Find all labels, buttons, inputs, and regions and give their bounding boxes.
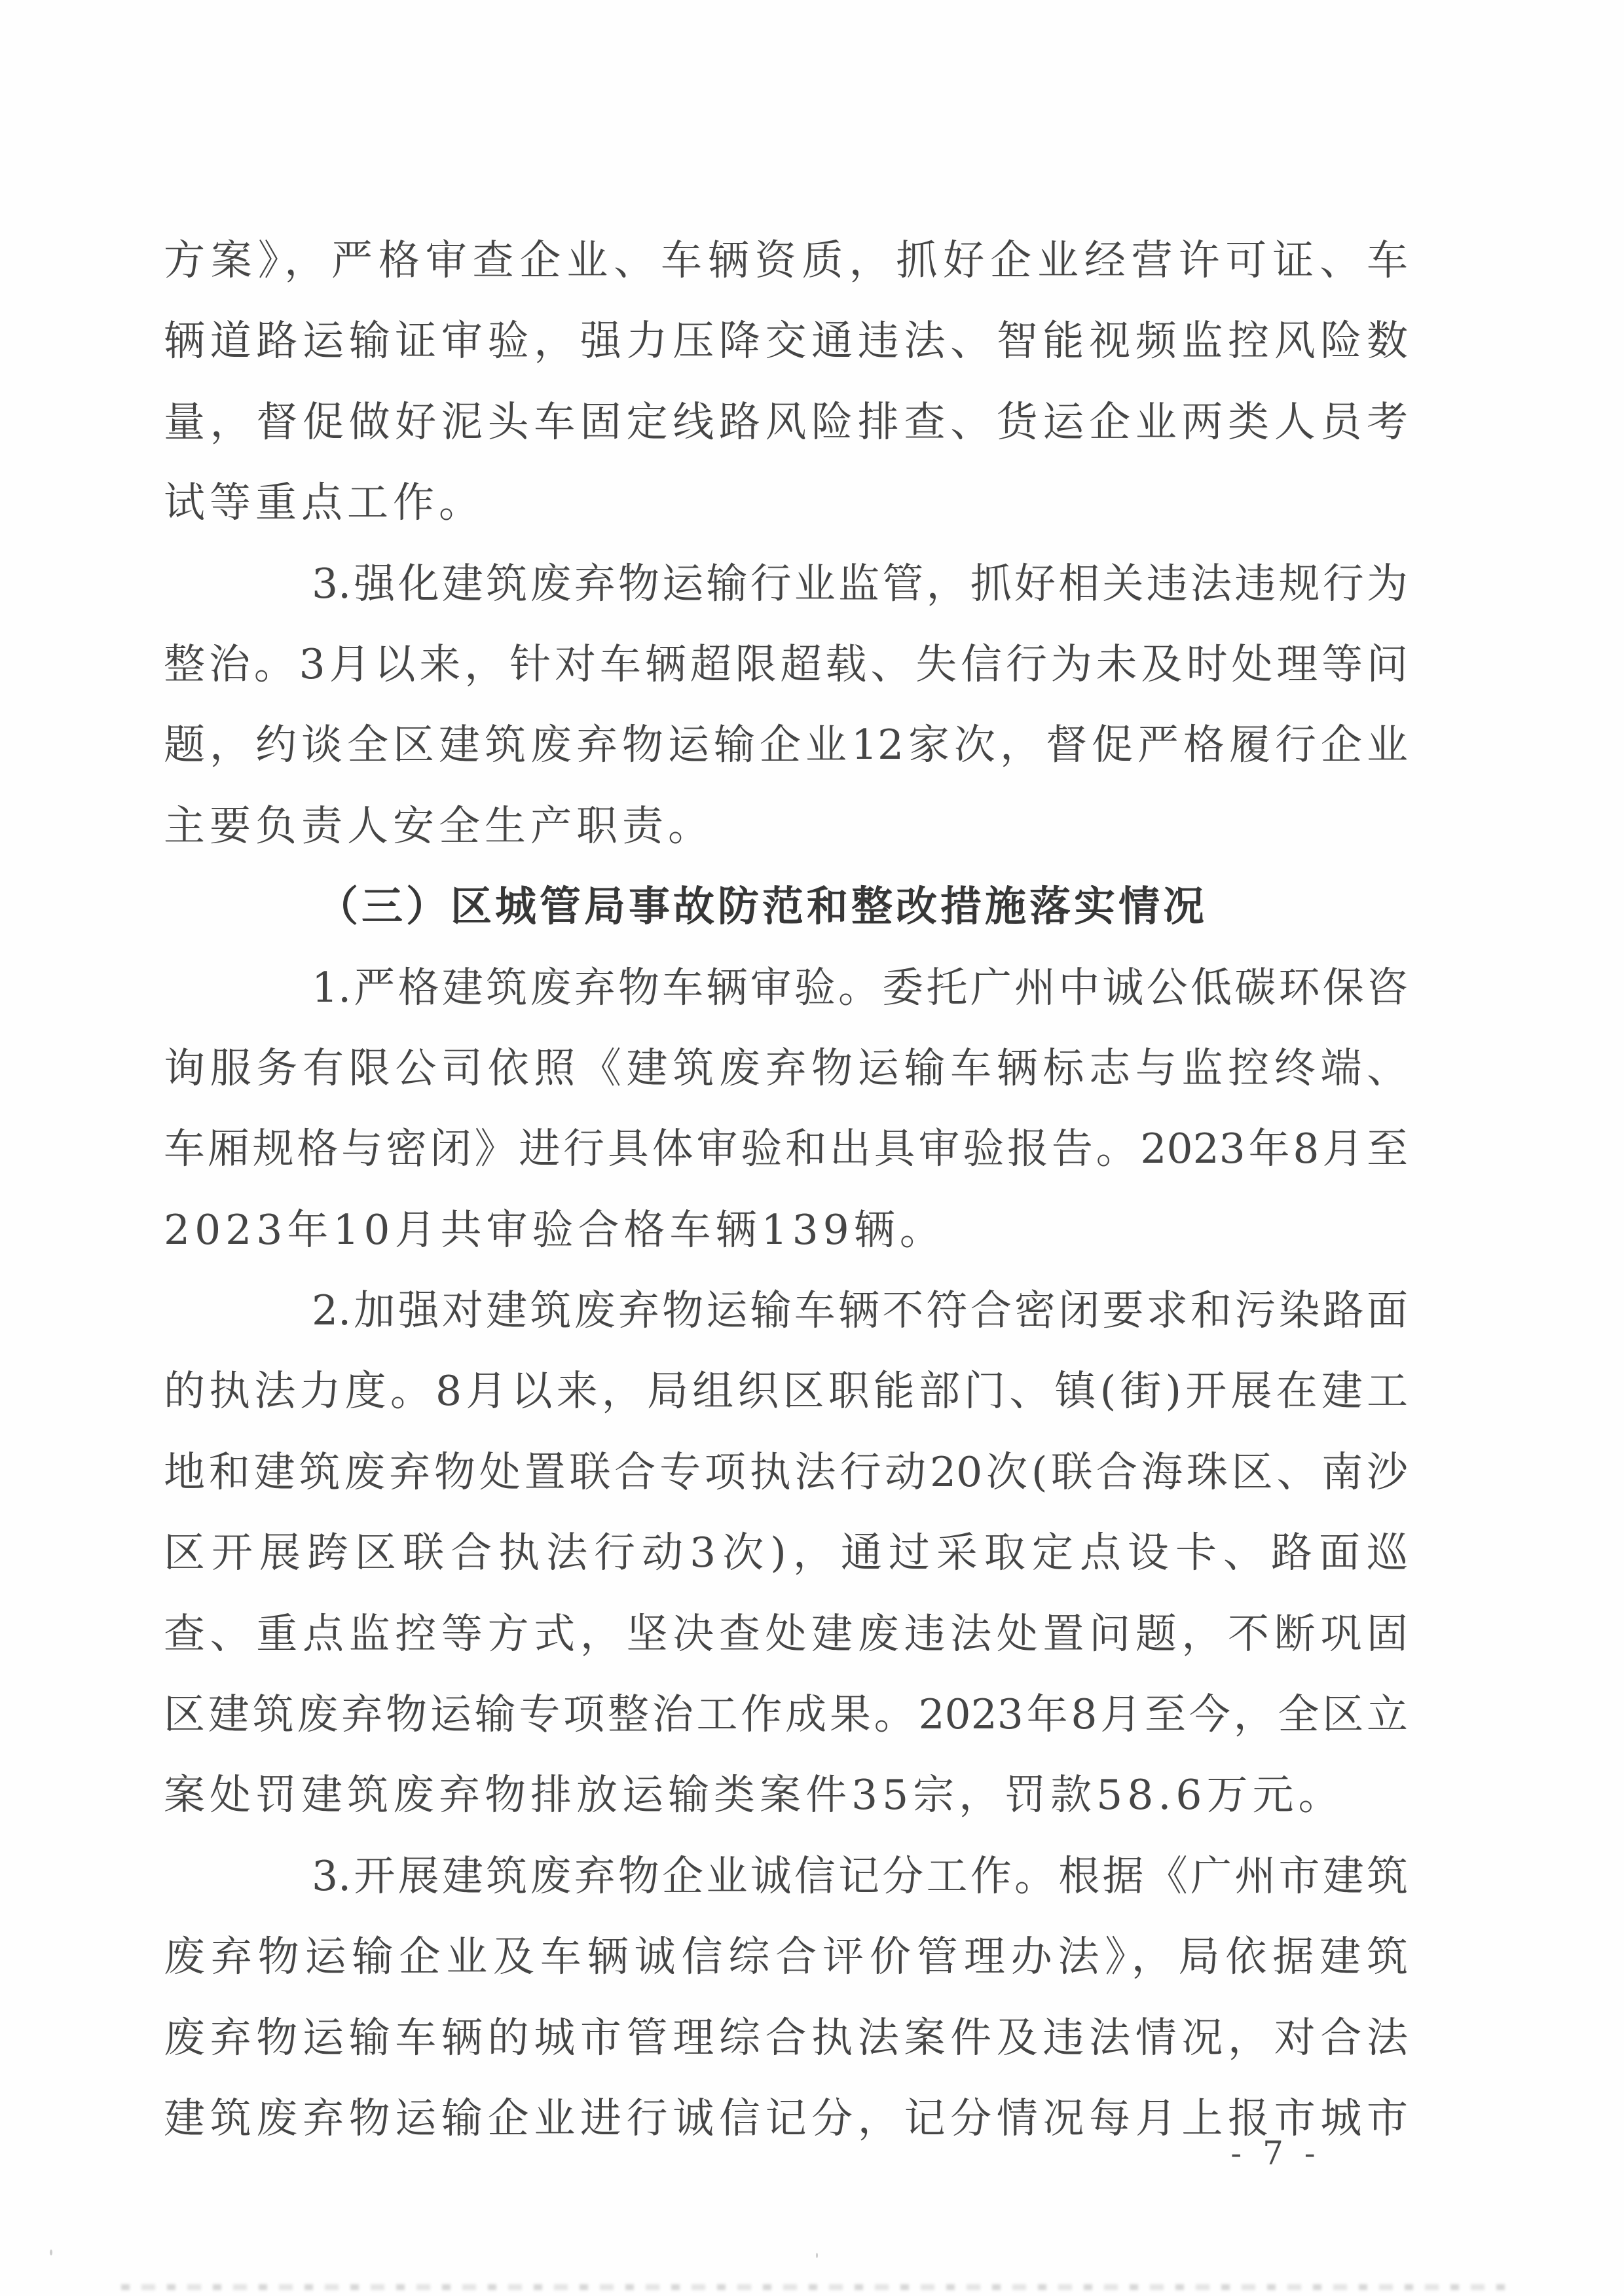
text-line: 2.加强对建筑废弃物运输车辆不符合密闭要求和污染路面 [164,1270,1408,1351]
text-line: 量，督促做好泥头车固定线路风险排查、货运企业两类人员考 [164,382,1408,462]
text-line: 题，约谈全区建筑废弃物运输企业12家次，督促严格履行企业 [164,704,1408,785]
document-page: 方案》，严格审查企业、车辆资质，抓好企业经营许可证、车 辆道路运输证审验，强力压… [0,0,1624,2296]
text-line: 2023年10月共审验合格车辆139辆。 [164,1190,1408,1270]
text-line: 询服务有限公司依照《建筑废弃物运输车辆标志与监控终端、 [164,1028,1408,1108]
text-line: 3.强化建筑废弃物运输行业监管，抓好相关违法违规行为 [164,543,1408,624]
text-line: 主要负责人安全生产职责。 [164,786,1408,866]
text-line: 废弃物运输车辆的城市管理综合执法案件及违法情况，对合法 [164,1997,1408,2078]
scan-speck [816,2253,818,2258]
page-number: - 7 - [1174,2134,1377,2172]
text-line: 3.开展建筑废弃物企业诚信记分工作。根据《广州市建筑 [164,1836,1408,1916]
text-line: 案处罚建筑废弃物排放运输类案件35宗，罚款58.6万元。 [164,1755,1408,1835]
text-line: 区建筑废弃物运输专项整治工作成果。2023年8月至今，全区立 [164,1674,1408,1755]
text-line: 查、重点监控等方式，坚决查处建废违法处置问题，不断巩固 [164,1594,1408,1674]
text-line: 方案》，严格审查企业、车辆资质，抓好企业经营许可证、车 [164,220,1408,301]
text-line: 的执法力度。8月以来，局组织区职能部门、镇(街)开展在建工 [164,1351,1408,1431]
scan-artifact-bottom [121,2284,1506,2290]
section-heading: （三）区城管局事故防范和整改措施落实情况 [164,866,1408,947]
text-line: 1.严格建筑废弃物车辆审验。委托广州中诚公低碳环保咨 [164,947,1408,1028]
text-line: 废弃物运输企业及车辆诚信综合评价管理办法》，局依据建筑 [164,1916,1408,1997]
text-line: 试等重点工作。 [164,462,1408,543]
scan-speck [50,2250,52,2255]
text-line: 车厢规格与密闭》进行具体审验和出具审验报告。2023年8月至 [164,1108,1408,1189]
document-body: 方案》，严格审查企业、车辆资质，抓好企业经营许可证、车 辆道路运输证审验，强力压… [164,220,1408,2159]
text-line: 区开展跨区联合执法行动3次)，通过采取定点设卡、路面巡 [164,1512,1408,1593]
text-line: 整治。3月以来，针对车辆超限超载、失信行为未及时处理等问 [164,624,1408,704]
text-line: 地和建筑废弃物处置联合专项执法行动20次(联合海珠区、南沙 [164,1432,1408,1512]
text-line: 辆道路运输证审验，强力压降交通违法、智能视频监控风险数 [164,301,1408,381]
